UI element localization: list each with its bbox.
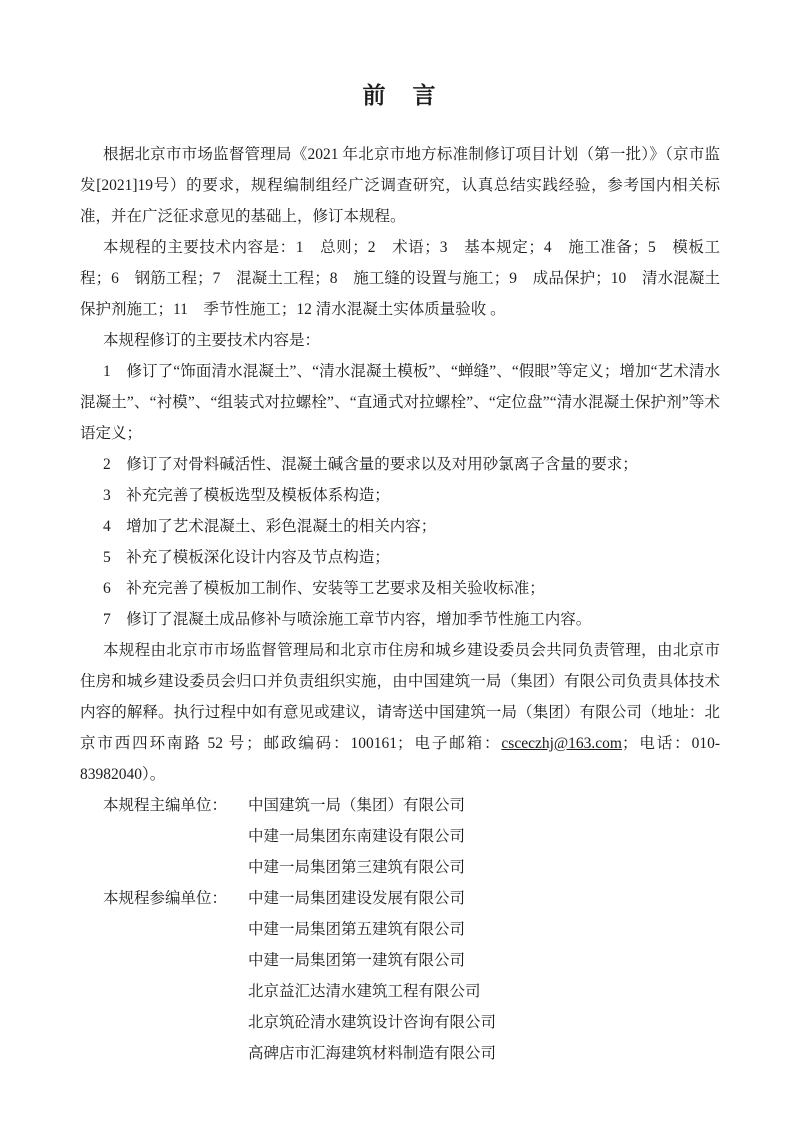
unit-label-spacer — [80, 852, 248, 883]
revision-item-3: 3 补充完善了模板选型及模板体系构造； — [80, 480, 720, 511]
unit-label-spacer — [80, 914, 248, 945]
unit-label-spacer — [80, 821, 248, 852]
participating-editor-row: 本规程参编单位： 中建一局集团建设发展有限公司 — [80, 883, 720, 914]
participating-editor-row: 北京益汇达清水建筑工程有限公司 — [80, 976, 720, 1007]
unit-name: 中建一局集团第五建筑有限公司 — [248, 914, 720, 945]
document-page: 前 言 根据北京市市场监督管理局《2021 年北京市地方标准制修订项目计划（第一… — [0, 0, 800, 1133]
unit-name: 中建一局集团东南建设有限公司 — [248, 821, 720, 852]
revision-item-5: 5 补充了模板深化设计内容及节点构造； — [80, 542, 720, 573]
para-management: 本规程由北京市市场监督管理局和北京市住房和城乡建设委员会共同负责管理，由北京市住… — [80, 635, 720, 790]
unit-label-spacer — [80, 1038, 248, 1069]
chief-editor-row: 中建一局集团第三建筑有限公司 — [80, 852, 720, 883]
chief-editor-row: 中建一局集团东南建设有限公司 — [80, 821, 720, 852]
chief-editor-row: 本规程主编单位： 中国建筑一局（集团）有限公司 — [80, 790, 720, 821]
unit-name: 中建一局集团建设发展有限公司 — [248, 883, 720, 914]
unit-label-spacer — [80, 1007, 248, 1038]
unit-name: 中建一局集团第三建筑有限公司 — [248, 852, 720, 883]
unit-name: 北京筑砼清水建筑设计咨询有限公司 — [248, 1007, 720, 1038]
participating-editor-row: 高碑店市汇海建筑材料制造有限公司 — [80, 1038, 720, 1069]
unit-name: 中建一局集团第一建筑有限公司 — [248, 945, 720, 976]
revision-item-4: 4 增加了艺术混凝土、彩色混凝土的相关内容； — [80, 511, 720, 542]
participating-editor-row: 中建一局集团第五建筑有限公司 — [80, 914, 720, 945]
unit-name: 高碑店市汇海建筑材料制造有限公司 — [248, 1038, 720, 1069]
para-technical-contents: 本规程的主要技术内容是：1 总则；2 术语；3 基本规定；4 施工准备；5 模板… — [80, 232, 720, 325]
unit-label-spacer — [80, 976, 248, 1007]
participating-editor-label: 本规程参编单位： — [80, 883, 248, 914]
para-basis: 根据北京市市场监督管理局《2021 年北京市地方标准制修订项目计划（第一批）》（… — [80, 139, 720, 232]
unit-name: 北京益汇达清水建筑工程有限公司 — [248, 976, 720, 1007]
participating-editor-row: 中建一局集团第一建筑有限公司 — [80, 945, 720, 976]
revision-item-7: 7 修订了混凝土成品修补与喷涂施工章节内容，增加季节性施工内容。 — [80, 604, 720, 635]
chief-editor-label: 本规程主编单位： — [80, 790, 248, 821]
participating-editor-row: 北京筑砼清水建筑设计咨询有限公司 — [80, 1007, 720, 1038]
editing-units-section: 本规程主编单位： 中国建筑一局（集团）有限公司 中建一局集团东南建设有限公司 中… — [80, 790, 720, 1069]
revision-item-2: 2 修订了对骨料碱活性、混凝土碱含量的要求以及对用砂氯离子含量的要求； — [80, 449, 720, 480]
email-link[interactable]: csceczhj@163.com — [501, 735, 622, 752]
revision-item-6: 6 补充完善了模板加工制作、安装等工艺要求及相关验收标准； — [80, 573, 720, 604]
unit-label-spacer — [80, 945, 248, 976]
document-body: 根据北京市市场监督管理局《2021 年北京市地方标准制修订项目计划（第一批）》（… — [80, 139, 720, 1069]
unit-name: 中国建筑一局（集团）有限公司 — [248, 790, 720, 821]
revision-item-1: 1 修订了“饰面清水混凝土”、“清水混凝土模板”、“蝉缝”、“假眼”等定义；增加… — [80, 356, 720, 449]
page-title: 前 言 — [80, 0, 720, 108]
para-revision-intro: 本规程修订的主要技术内容是： — [80, 325, 720, 356]
